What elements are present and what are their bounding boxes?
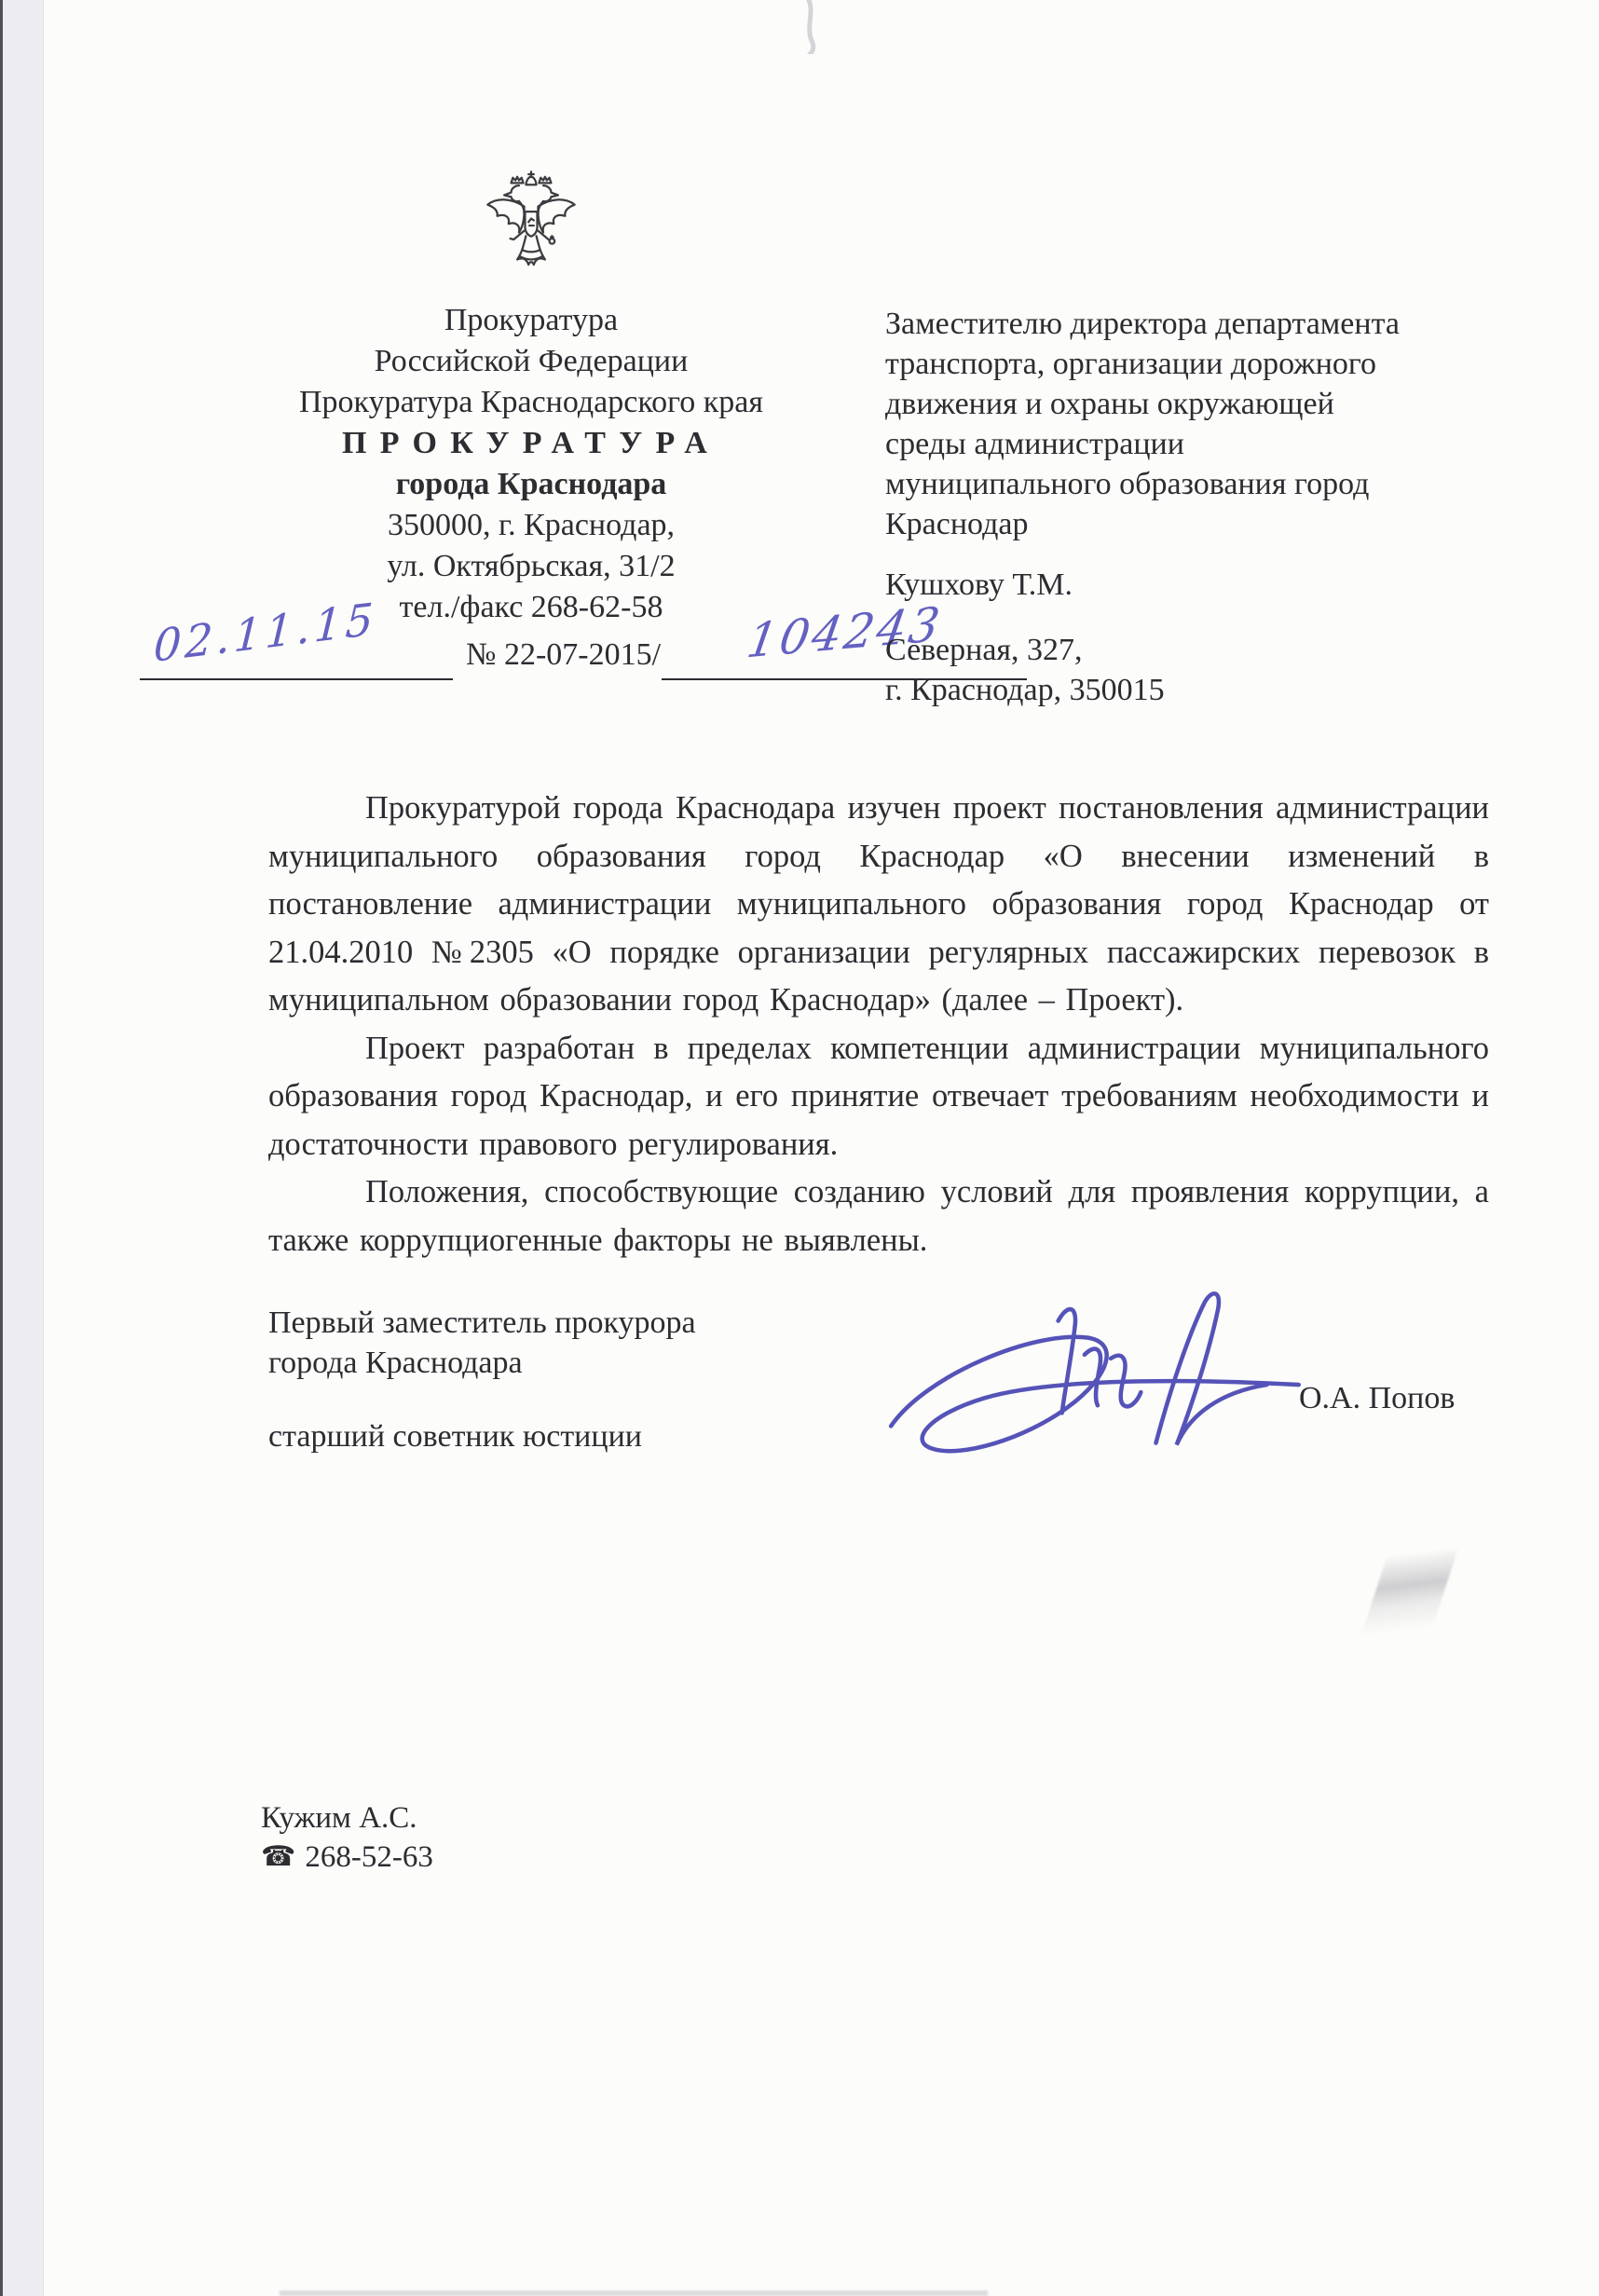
letterhead-line-3: Прокуратура Краснодарского края — [228, 382, 834, 423]
scan-smudge-mark — [1361, 1528, 1458, 1655]
addressee-title-line: транспорта, организации дорожного — [885, 344, 1511, 384]
signoff-rank: старший советник юстиции — [268, 1416, 846, 1456]
addressee-title-line: Краснодар — [885, 504, 1511, 544]
executor-block: Кужим А.С. ☎ 268-52-63 — [261, 1798, 433, 1877]
addressee-address-2: г. Краснодар, 350015 — [885, 670, 1511, 710]
scan-bottom-edge — [280, 2290, 988, 2296]
letterhead-line-1: Прокуратура — [228, 300, 834, 341]
addressee-title-line: Заместителю директора департамента — [885, 304, 1511, 344]
scan-left-edge-band — [0, 0, 44, 2296]
signature-autograph-icon — [874, 1264, 1325, 1491]
signoff-position-1: Первый заместитель прокурора — [268, 1303, 846, 1343]
addressee-name: Кушхову Т.М. — [885, 565, 1511, 605]
signoff-position-2: города Краснодара — [268, 1343, 846, 1383]
executor-phone: 268-52-63 — [305, 1838, 432, 1877]
reference-number: № 22-07-2015/ — [466, 637, 661, 673]
body-paragraph-2: Проект разработан в пределах компетенции… — [268, 1025, 1489, 1169]
scan-left-edge-line — [0, 0, 3, 2296]
body-paragraph-1: Прокуратурой города Краснодара изучен пр… — [268, 785, 1489, 1025]
body-paragraph-3: Положения, способствующие созданию услов… — [268, 1168, 1489, 1264]
executor-name: Кужим А.С. — [261, 1798, 433, 1838]
addressee-title-line: движения и охраны окружающей — [885, 384, 1511, 424]
letterhead-org-caps: ПРОКУРАТУРА — [228, 423, 834, 464]
signer-name: О.А. Попов — [1299, 1381, 1455, 1416]
addressee-address-1: Северная, 327, — [885, 630, 1511, 670]
addressee-block: Заместителю директора департамента транс… — [885, 304, 1511, 710]
scan-top-mark — [794, 0, 822, 54]
letterhead-org-city: города Краснодара — [228, 464, 834, 505]
signoff-block: Первый заместитель прокурора города Крас… — [268, 1303, 846, 1456]
letter-body: Прокуратурой города Краснодара изучен пр… — [268, 785, 1489, 1264]
phone-icon: ☎ — [261, 1838, 295, 1877]
letterhead-block: Прокуратура Российской Федерации Прокура… — [228, 300, 834, 628]
letterhead-address-1: 350000, г. Краснодар, — [228, 505, 834, 546]
addressee-title-line: среды администрации — [885, 424, 1511, 464]
scanned-letter-page: Прокуратура Российской Федерации Прокура… — [0, 0, 1599, 2296]
addressee-title-line: муниципального образования город — [885, 464, 1511, 504]
letterhead-address-2: ул. Октябрьская, 31/2 — [228, 546, 834, 587]
letterhead-line-2: Российской Федерации — [228, 341, 834, 382]
russian-coat-of-arms-icon — [479, 168, 583, 285]
date-underline — [140, 678, 453, 680]
